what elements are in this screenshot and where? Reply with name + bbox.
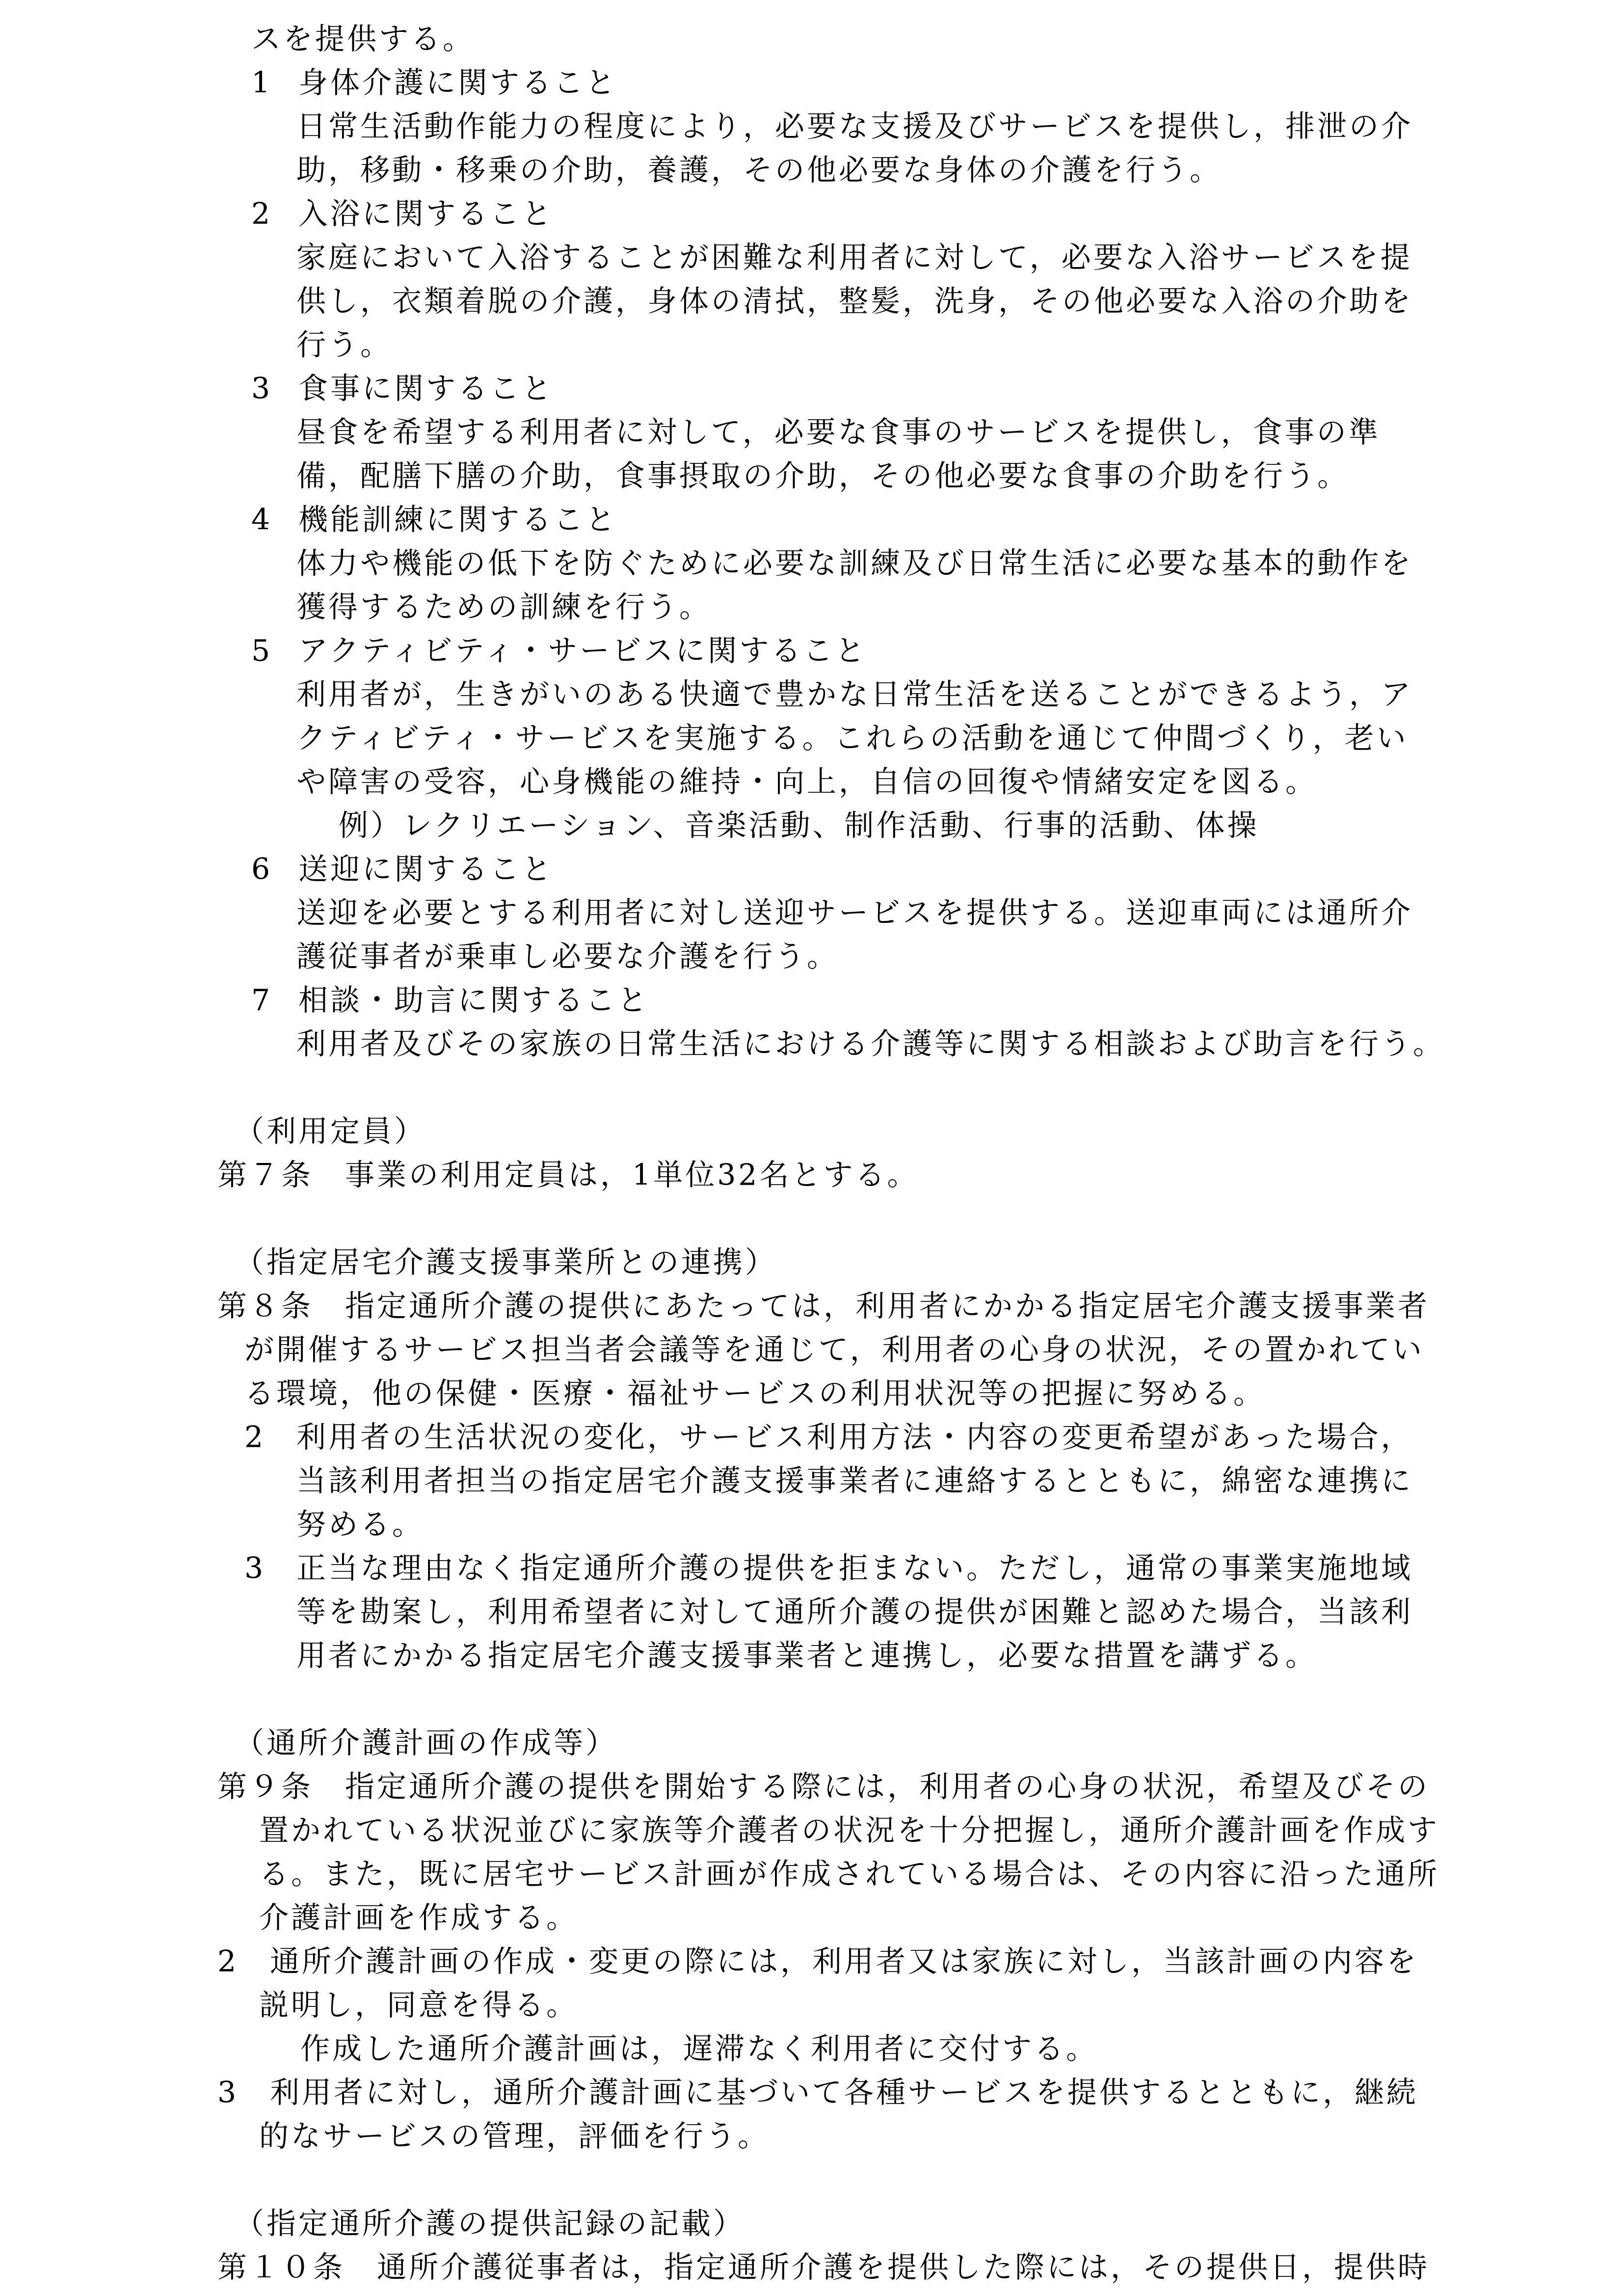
text-line: 昼食を希望する利用者に対して，必要な食事のサービスを提供し，食事の準 bbox=[0, 411, 1623, 455]
text-line: る環境，他の保健・医療・福祉サービスの利用状況等の把握に努める。 bbox=[0, 1372, 1623, 1416]
line-number: 2 bbox=[217, 1940, 270, 1984]
text-line: 5アクティビティ・サービスに関すること bbox=[0, 629, 1623, 673]
line-text: 行う。 bbox=[296, 328, 392, 362]
text-line: 第７条 事業の利用定員は，1単位32名とする。 bbox=[0, 1154, 1623, 1197]
text-line: スを提供する。 bbox=[0, 18, 1623, 61]
line-text: 等を勘案し，利用希望者に対して通所介護の提供が困難と認めた場合，当該利 bbox=[296, 1595, 1413, 1629]
line-text: クティビティ・サービスを実施する。これらの活動を通じて仲間づくり，老い bbox=[296, 721, 1408, 756]
line-number: 7 bbox=[251, 979, 298, 1023]
text-line: 作成した通所介護計画は，遅滞なく利用者に交付する。 bbox=[0, 2027, 1623, 2071]
line-text: 供し，衣類着脱の介護，身体の清拭，整髪，洗身，その他必要な入浴の介助を bbox=[296, 284, 1413, 319]
text-line: 3利用者に対し，通所介護計画に基づいて各種サービスを提供するとともに，継続 bbox=[0, 2071, 1623, 2115]
text-line: 利用者が，生きがいのある快適で豊かな日常生活を送ることができるよう，ア bbox=[0, 673, 1623, 717]
line-text: る。また，既に居宅サービス計画が作成されている場合は、その内容に沿った通所 bbox=[259, 1857, 1439, 1891]
text-line: 3正当な理由なく指定通所介護の提供を拒まない。ただし，通常の事業実施地域 bbox=[0, 1547, 1623, 1591]
text-line: 等を勘案し，利用希望者に対して通所介護の提供が困難と認めた場合，当該利 bbox=[0, 1591, 1623, 1634]
line-text: 利用者が，生きがいのある快適で豊かな日常生活を送ることができるよう，ア bbox=[296, 677, 1413, 712]
text-line: 2入浴に関すること bbox=[0, 192, 1623, 236]
line-number: 3 bbox=[244, 1547, 296, 1591]
text-line: 2通所介護計画の作成・変更の際には，利用者又は家族に対し，当該計画の内容を bbox=[0, 1940, 1623, 1984]
text-line: 努める。 bbox=[0, 1503, 1623, 1547]
text-line: 6送迎に関すること bbox=[0, 848, 1623, 891]
text-line: 家庭において入浴することが困難な利用者に対して，必要な入浴サービスを提 bbox=[0, 236, 1623, 280]
line-number: 1 bbox=[251, 61, 298, 105]
text-line: 第８条 指定通所介護の提供にあたっては，利用者にかかる指定居宅介護支援事業者 bbox=[0, 1285, 1623, 1328]
text-line: 用者にかかる指定居宅介護支援事業者と連携し，必要な措置を講ずる。 bbox=[0, 1634, 1623, 1678]
text-line: る。また，既に居宅サービス計画が作成されている場合は、その内容に沿った通所 bbox=[0, 1853, 1623, 1896]
text-line: 4機能訓練に関すること bbox=[0, 498, 1623, 542]
text-line: （利用定員） bbox=[0, 1110, 1623, 1154]
blank-line bbox=[0, 1678, 1623, 1722]
line-text: 昼食を希望する利用者に対して，必要な食事のサービスを提供し，食事の準 bbox=[296, 415, 1381, 450]
line-text: 例）レクリエーション、音楽活動、制作活動、行事的活動、体操 bbox=[339, 809, 1259, 843]
text-line: （指定通所介護の提供記録の記載） bbox=[0, 2202, 1623, 2246]
text-line: 置かれている状況並びに家族等介護者の状況を十分把握し，通所介護計画を作成す bbox=[0, 1809, 1623, 1853]
text-line: 体力や機能の低下を防ぐために必要な訓練及び日常生活に必要な基本的動作を bbox=[0, 542, 1623, 586]
line-text: 正当な理由なく指定通所介護の提供を拒まない。ただし，通常の事業実施地域 bbox=[296, 1551, 1413, 1586]
line-text: 体力や機能の低下を防ぐために必要な訓練及び日常生活に必要な基本的動作を bbox=[296, 546, 1413, 581]
line-text: 利用者及びその家族の日常生活における介護等に関する相談および助言を行う。 bbox=[296, 1027, 1445, 1061]
text-line: 獲得するための訓練を行う。 bbox=[0, 586, 1623, 629]
line-text: 食事に関すること bbox=[298, 372, 554, 406]
line-text: 護従事者が乗車し必要な介護を行う。 bbox=[296, 940, 839, 974]
line-text: る環境，他の保健・医療・福祉サービスの利用状況等の把握に努める。 bbox=[244, 1377, 1265, 1411]
text-line: 送迎を必要とする利用者に対し送迎サービスを提供する。送迎車両には通所介 bbox=[0, 891, 1623, 935]
line-text: が開催するサービス担当者会議等を通じて，利用者の心身の状況，その置かれてい bbox=[244, 1333, 1424, 1367]
line-text: 第７条 事業の利用定員は，1単位32名とする。 bbox=[217, 1158, 919, 1192]
text-line: 日常生活動作能力の程度により，必要な支援及びサービスを提供し，排泄の介 bbox=[0, 105, 1623, 149]
line-text: 家庭において入浴することが困難な利用者に対して，必要な入浴サービスを提 bbox=[296, 241, 1412, 275]
line-text: 当該利用者担当の指定居宅介護支援事業者に連絡するとともに，綿密な連携に bbox=[296, 1464, 1413, 1498]
line-text: 介護計画を作成する。 bbox=[259, 1901, 578, 1935]
text-line: 当該利用者担当の指定居宅介護支援事業者に連絡するとともに，綿密な連携に bbox=[0, 1459, 1623, 1503]
line-text: 説明し，同意を得る。 bbox=[259, 1988, 578, 2023]
text-line: 説明し，同意を得る。 bbox=[0, 1984, 1623, 2027]
line-text: 身体介護に関すること bbox=[298, 66, 617, 100]
line-number: 6 bbox=[251, 848, 298, 891]
line-text: 努める。 bbox=[296, 1508, 424, 1542]
text-line: （通所介護計画の作成等） bbox=[0, 1722, 1623, 1765]
text-line: 供し，衣類着脱の介護，身体の清拭，整髪，洗身，その他必要な入浴の介助を bbox=[0, 280, 1623, 324]
text-line: クティビティ・サービスを実施する。これらの活動を通じて仲間づくり，老い bbox=[0, 717, 1623, 760]
text-line: 例）レクリエーション、音楽活動、制作活動、行事的活動、体操 bbox=[0, 804, 1623, 848]
line-text: 相談・助言に関すること bbox=[298, 983, 649, 1018]
document-body: スを提供する。1身体介護に関すること日常生活動作能力の程度により，必要な支援及び… bbox=[0, 18, 1623, 2290]
blank-line bbox=[0, 1066, 1623, 1110]
line-text: （利用定員） bbox=[235, 1114, 426, 1149]
line-text: 入浴に関すること bbox=[298, 197, 554, 231]
document-page: スを提供する。1身体介護に関すること日常生活動作能力の程度により，必要な支援及び… bbox=[0, 0, 1623, 2296]
text-line: が開催するサービス担当者会議等を通じて，利用者の心身の状況，その置かれてい bbox=[0, 1328, 1623, 1372]
line-number: 4 bbox=[251, 498, 298, 542]
text-line: 的なサービスの管理，評価を行う。 bbox=[0, 2115, 1623, 2159]
line-text: 機能訓練に関すること bbox=[298, 503, 617, 537]
text-line: 第９条 指定通所介護の提供を開始する際には，利用者の心身の状況，希望及びその bbox=[0, 1765, 1623, 1809]
line-number: 5 bbox=[251, 629, 298, 673]
line-number: 3 bbox=[251, 367, 298, 411]
line-text: 利用者に対し，通所介護計画に基づいて各種サービスを提供するとともに，継続 bbox=[270, 2076, 1418, 2110]
blank-line bbox=[0, 1197, 1623, 1241]
line-number: 2 bbox=[251, 192, 298, 236]
line-text: スを提供する。 bbox=[251, 22, 475, 56]
line-text: 通所介護計画の作成・変更の際には，利用者又は家族に対し，当該計画の内容を bbox=[270, 1945, 1418, 1979]
text-line: 利用者及びその家族の日常生活における介護等に関する相談および助言を行う。 bbox=[0, 1023, 1623, 1066]
blank-line bbox=[0, 2159, 1623, 2202]
text-line: （指定居宅介護支援事業所との連携） bbox=[0, 1241, 1623, 1285]
line-text: 第８条 指定通所介護の提供にあたっては，利用者にかかる指定居宅介護支援事業者 bbox=[217, 1289, 1430, 1324]
line-text: アクティビティ・サービスに関すること bbox=[298, 634, 867, 668]
line-text: 作成した通所介護計画は，遅滞なく利用者に交付する。 bbox=[300, 2032, 1098, 2066]
line-text: 獲得するための訓練を行う。 bbox=[296, 590, 711, 624]
line-text: （指定居宅介護支援事業所との連携） bbox=[235, 1245, 777, 1280]
text-line: や障害の受容，心身機能の維持・向上，自信の回復や情緒安定を図る。 bbox=[0, 760, 1623, 804]
text-line: 備，配膳下膳の介助，食事摂取の介助，その他必要な食事の介助を行う。 bbox=[0, 455, 1623, 498]
text-line: 1身体介護に関すること bbox=[0, 61, 1623, 105]
line-text: 用者にかかる指定居宅介護支援事業者と連携し，必要な措置を講ずる。 bbox=[296, 1639, 1317, 1673]
text-line: 護従事者が乗車し必要な介護を行う。 bbox=[0, 935, 1623, 979]
line-text: （指定通所介護の提供記録の記載） bbox=[235, 2207, 745, 2241]
line-text: 日常生活動作能力の程度により，必要な支援及びサービスを提供し，排泄の介 bbox=[296, 109, 1413, 144]
text-line: 行う。 bbox=[0, 324, 1623, 367]
text-line: 7相談・助言に関すること bbox=[0, 979, 1623, 1023]
line-text: 置かれている状況並びに家族等介護者の状況を十分把握し，通所介護計画を作成す bbox=[259, 1813, 1439, 1848]
line-number: 2 bbox=[244, 1416, 296, 1459]
text-line: 2利用者の生活状況の変化，サービス利用方法・内容の変更希望があった場合， bbox=[0, 1416, 1623, 1459]
line-text: 利用者の生活状況の変化，サービス利用方法・内容の変更希望があった場合， bbox=[296, 1420, 1412, 1455]
text-line: 3食事に関すること bbox=[0, 367, 1623, 411]
line-text: 第１０条 通所介護従事者は，指定通所介護を提供した際には，その提供日，提供時 bbox=[217, 2250, 1430, 2285]
line-text: 備，配膳下膳の介助，食事摂取の介助，その他必要な食事の介助を行う。 bbox=[296, 459, 1349, 493]
line-text: 第９条 指定通所介護の提供を開始する際には，利用者の心身の状況，希望及びその bbox=[217, 1770, 1430, 1804]
text-line: 第１０条 通所介護従事者は，指定通所介護を提供した際には，その提供日，提供時 bbox=[0, 2246, 1623, 2290]
line-text: 的なサービスの管理，評価を行う。 bbox=[259, 2119, 770, 2154]
text-line: 助，移動・移乗の介助，養護，その他必要な身体の介護を行う。 bbox=[0, 149, 1623, 192]
line-text: 送迎を必要とする利用者に対し送迎サービスを提供する。送迎車両には通所介 bbox=[296, 896, 1413, 930]
line-text: （通所介護計画の作成等） bbox=[235, 1726, 617, 1760]
text-line: 介護計画を作成する。 bbox=[0, 1896, 1623, 1940]
line-text: 送迎に関すること bbox=[298, 852, 554, 887]
line-text: や障害の受容，心身機能の維持・向上，自信の回復や情緒安定を図る。 bbox=[296, 765, 1317, 799]
line-text: 助，移動・移乗の介助，養護，その他必要な身体の介護を行う。 bbox=[296, 153, 1222, 188]
line-number: 3 bbox=[217, 2071, 270, 2115]
